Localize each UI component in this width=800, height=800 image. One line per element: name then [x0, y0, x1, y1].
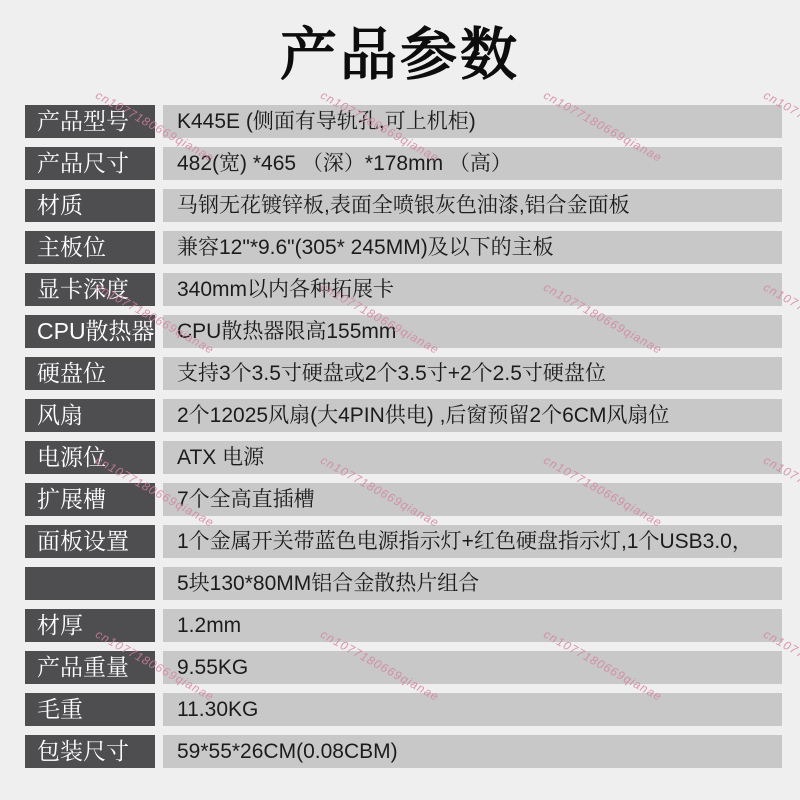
row-value: 482(宽) *465 （深）*178mm （高）: [163, 147, 782, 180]
row-value: 1个金属开关带蓝色电源指示灯+红色硬盘指示灯,1个USB3.0，: [163, 525, 782, 558]
row-value: K445E (侧面有导轨孔,可上机柜): [163, 105, 782, 138]
table-row: 产品尺寸 482(宽) *465 （深）*178mm （高）: [25, 147, 782, 180]
row-label: 显卡深度: [25, 273, 155, 306]
row-value: CPU散热器限高155mm: [163, 315, 782, 348]
row-value: 兼容12"*9.6"(305* 245MM)及以下的主板: [163, 231, 782, 264]
table-row: 5块130*80MM铝合金散热片组合: [25, 567, 782, 600]
table-row: 面板设置 1个金属开关带蓝色电源指示灯+红色硬盘指示灯,1个USB3.0，: [25, 525, 782, 558]
table-row: 包装尺寸 59*55*26CM(0.08CBM): [25, 735, 782, 768]
row-value: 340mm以内各种拓展卡: [163, 273, 782, 306]
row-value: 1.2mm: [163, 609, 782, 642]
row-label: 产品重量: [25, 651, 155, 684]
table-row: 电源位 ATX 电源: [25, 441, 782, 474]
table-row: 硬盘位 支持3个3.5寸硬盘或2个3.5寸+2个2.5寸硬盘位: [25, 357, 782, 390]
row-label: 毛重: [25, 693, 155, 726]
row-label: 产品尺寸: [25, 147, 155, 180]
table-row: 扩展槽 7个全高直插槽: [25, 483, 782, 516]
row-value: 支持3个3.5寸硬盘或2个3.5寸+2个2.5寸硬盘位: [163, 357, 782, 390]
table-row: 材质 马钢无花镀锌板,表面全喷银灰色油漆,铝合金面板: [25, 189, 782, 222]
row-value: 59*55*26CM(0.08CBM): [163, 735, 782, 768]
row-label: CPU散热器: [25, 315, 155, 348]
row-value: 7个全高直插槽: [163, 483, 782, 516]
row-value: 5块130*80MM铝合金散热片组合: [163, 567, 782, 600]
spec-table: 产品型号 K445E (侧面有导轨孔,可上机柜) 产品尺寸 482(宽) *46…: [25, 105, 782, 777]
row-label: 主板位: [25, 231, 155, 264]
row-value: 2个12025风扇(大4PIN供电) ,后窗预留2个6CM风扇位: [163, 399, 782, 432]
table-row: 主板位 兼容12"*9.6"(305* 245MM)及以下的主板: [25, 231, 782, 264]
row-label: 包装尺寸: [25, 735, 155, 768]
row-label: 材质: [25, 189, 155, 222]
table-row: CPU散热器 CPU散热器限高155mm: [25, 315, 782, 348]
table-row: 显卡深度 340mm以内各种拓展卡: [25, 273, 782, 306]
row-label: 电源位: [25, 441, 155, 474]
row-value: 11.30KG: [163, 693, 782, 726]
row-value: 9.55KG: [163, 651, 782, 684]
row-label: 材厚: [25, 609, 155, 642]
page-title: 产品参数: [0, 0, 800, 91]
row-label: 硬盘位: [25, 357, 155, 390]
row-label-empty: [25, 567, 155, 600]
row-label: 扩展槽: [25, 483, 155, 516]
table-row: 产品重量 9.55KG: [25, 651, 782, 684]
row-label: 风扇: [25, 399, 155, 432]
table-row: 风扇 2个12025风扇(大4PIN供电) ,后窗预留2个6CM风扇位: [25, 399, 782, 432]
row-label: 面板设置: [25, 525, 155, 558]
row-label: 产品型号: [25, 105, 155, 138]
row-value: 马钢无花镀锌板,表面全喷银灰色油漆,铝合金面板: [163, 189, 782, 222]
row-value: ATX 电源: [163, 441, 782, 474]
table-row: 毛重 11.30KG: [25, 693, 782, 726]
table-row: 产品型号 K445E (侧面有导轨孔,可上机柜): [25, 105, 782, 138]
table-row: 材厚 1.2mm: [25, 609, 782, 642]
